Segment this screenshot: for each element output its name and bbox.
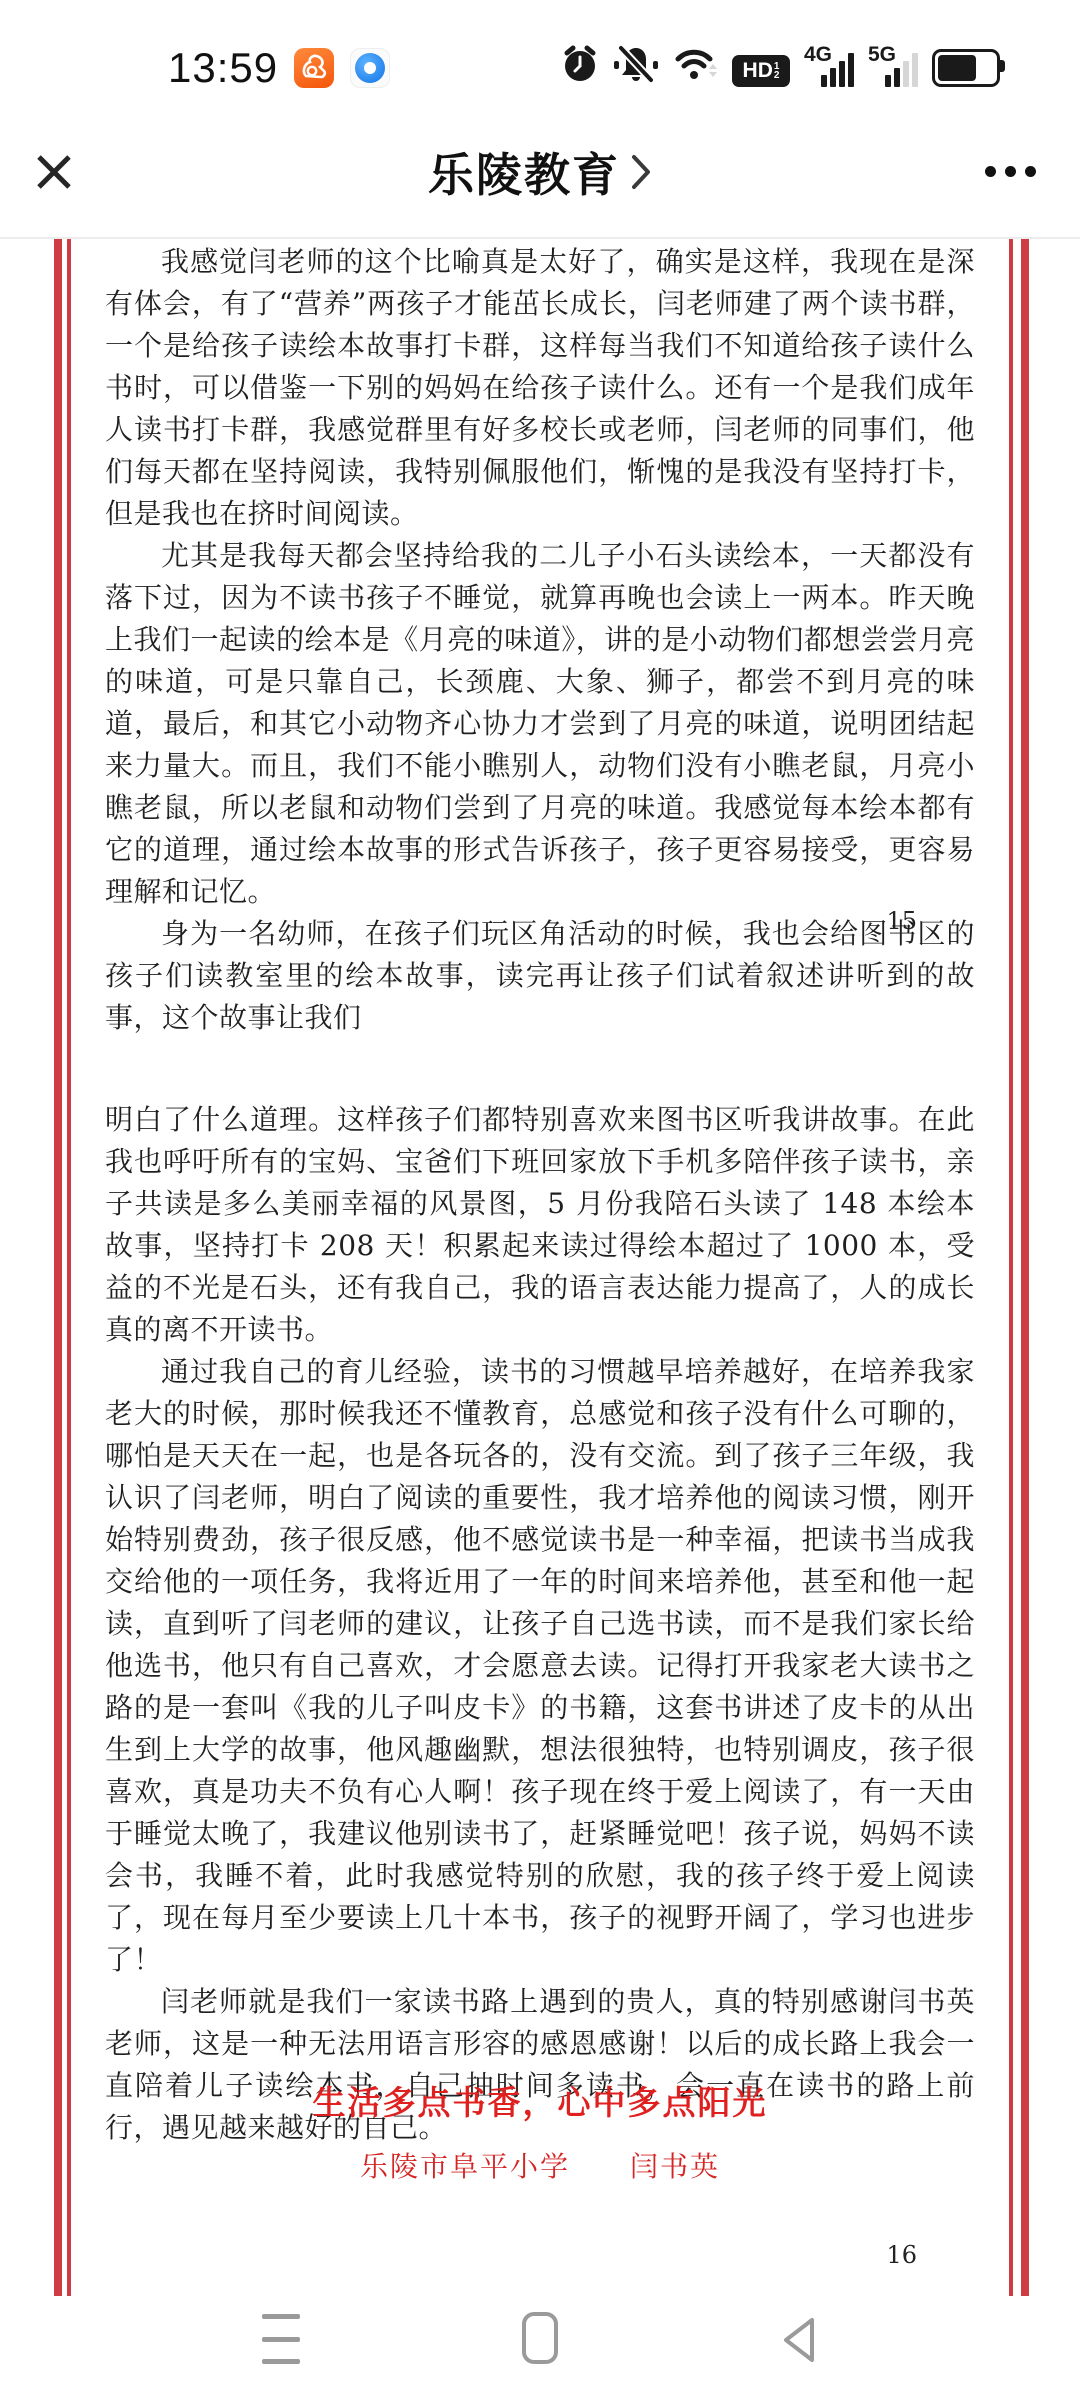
paragraph: 明白了什么道理。这样孩子们都特别喜欢来图书区听我讲故事。在此我也呼吁所有的宝妈、…	[105, 1099, 975, 1351]
battery-icon	[932, 49, 1000, 87]
close-icon[interactable]	[30, 148, 78, 196]
back-icon[interactable]	[778, 2314, 818, 2371]
menu-icon[interactable]	[262, 2314, 300, 2364]
mute-icon	[612, 44, 660, 89]
page-number-16: 16	[105, 2241, 975, 2269]
paragraph: 通过我自己的育儿经验，读书的习惯越早培养越好，在培养我家老大的时候，那时候我还不…	[105, 1351, 975, 1981]
slogan-text: 生活多点书香，心中多点阳光	[105, 2077, 975, 2124]
page-16-text: 明白了什么道理。这样孩子们都特别喜欢来图书区听我讲故事。在此我也呼吁所有的宝妈、…	[105, 1099, 975, 2149]
article-header: 乐陵教育	[0, 90, 1080, 237]
uc-browser-icon	[294, 48, 334, 88]
document-viewer[interactable]: 我感觉闫老师的这个比喻真是太好了，确实是这样，我现在是深有体会，有了“营养”两孩…	[0, 239, 1080, 2296]
alarm-icon	[562, 44, 598, 89]
paragraph: 尤其是我每天都会坚持给我的二儿子小石头读绘本，一天都没有落下过，因为不读书孩子不…	[105, 535, 975, 913]
page-border-left-thin	[67, 239, 71, 2296]
page-border-left-thick	[54, 239, 62, 2296]
wifi-icon	[674, 44, 718, 89]
home-icon[interactable]	[522, 2312, 558, 2364]
signature-text: 乐陵市阜平小学 闫书英	[105, 2145, 975, 2185]
status-bar: 13:59	[0, 0, 1080, 100]
paragraph: 我感觉闫老师的这个比喻真是太好了，确实是这样，我现在是深有体会，有了“营养”两孩…	[105, 241, 975, 535]
signal-sim2-icon: 5G	[868, 45, 918, 89]
chevron-right-icon	[630, 153, 652, 191]
browser-o-icon	[350, 48, 390, 88]
page-title: 乐陵教育	[428, 139, 620, 205]
more-icon[interactable]	[985, 148, 1036, 196]
page-border-right-thick	[1021, 239, 1029, 2296]
account-title[interactable]: 乐陵教育	[428, 139, 652, 205]
clock-time: 13:59	[168, 46, 278, 90]
android-nav-bar	[0, 2296, 1080, 2400]
hd-volte-icon: HD 1 2	[732, 55, 790, 87]
page-number-15: 15	[105, 907, 975, 935]
page-border-right-thin	[1009, 239, 1013, 2296]
signal-sim1-icon: 4G	[804, 45, 854, 89]
